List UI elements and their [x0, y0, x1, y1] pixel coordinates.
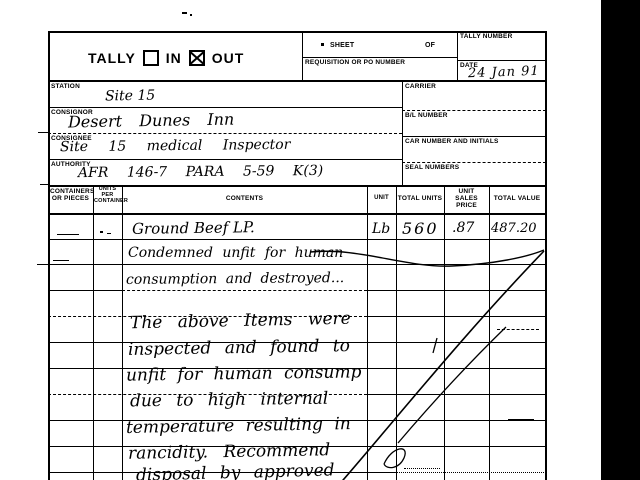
row1-unit: Lb — [372, 221, 390, 237]
row1-unit-sales-price: .87 — [452, 220, 474, 236]
col-header-unit: UNIT — [367, 195, 396, 202]
tick-mark — [497, 329, 539, 330]
tick-mark — [100, 231, 103, 233]
form-line — [48, 31, 50, 480]
tally-in-label: IN — [166, 50, 182, 66]
form-line — [37, 264, 48, 265]
pen-stroke-loop — [384, 449, 405, 468]
remarks-line-5: temperature resulting in — [126, 414, 351, 438]
col-header-unit-sales-price: UNIT SALES PRICE — [447, 188, 486, 209]
form-line — [444, 185, 445, 480]
col-header-units-per-container: UNITS PER CONTAINER — [94, 186, 121, 204]
form-line — [489, 185, 490, 480]
scanned-tally-form: TALLY IN OUT SHEET OF REQUISITION OR PO … — [0, 0, 640, 480]
tally-out-checkbox-checked — [189, 50, 205, 66]
pen-stroke-tick — [433, 338, 437, 353]
form-line — [367, 394, 546, 395]
car-number-label: CAR NUMBER AND INITIALS — [405, 138, 499, 145]
tally-in-checkbox — [143, 50, 159, 66]
station-value: Site 15 — [105, 88, 156, 105]
form-line — [40, 184, 48, 185]
scan-smudge — [321, 43, 324, 46]
note-line-2: consumption and destroyed... — [126, 270, 344, 288]
remarks-line-6: rancidity. Recommend — [128, 440, 331, 464]
form-line — [48, 133, 402, 134]
note-line-1: Condemned unfit for human — [128, 245, 343, 261]
tick-mark — [53, 260, 69, 261]
form-line — [48, 264, 546, 265]
tick-mark — [508, 419, 534, 420]
remarks-line-7: disposal by approved — [136, 460, 335, 480]
form-line — [48, 159, 402, 160]
form-line — [457, 31, 458, 80]
remarks-line-3: unfit for human consump — [126, 362, 362, 385]
tally-out-label: OUT — [212, 50, 245, 66]
tick-mark — [107, 233, 111, 234]
form-line — [396, 185, 397, 480]
form-line — [402, 136, 546, 137]
row1-contents: Ground Beef LP. — [132, 218, 255, 238]
form-line — [48, 290, 122, 291]
tally-title-row: TALLY IN OUT — [88, 46, 288, 70]
row1-total-value: 487.20 — [491, 221, 537, 236]
form-line — [48, 107, 402, 108]
form-line — [367, 316, 546, 317]
date-value: 24 Jan 91 — [468, 64, 540, 81]
seal-numbers-label: SEAL NUMBERS — [405, 164, 459, 171]
scan-smudge — [182, 12, 187, 14]
consignor-value: Desert Dunes Inn — [68, 110, 235, 132]
form-line — [93, 185, 94, 480]
tally-label: TALLY — [88, 50, 136, 66]
form-line — [122, 290, 367, 291]
col-header-containers: CONTAINERS OR PIECES — [50, 188, 91, 202]
remarks-line-1: The above Items were — [130, 309, 351, 334]
authority-value: AFR 146-7 PARA 5-59 K(3) — [78, 163, 323, 181]
form-line — [402, 110, 546, 111]
scan-smudge — [190, 14, 192, 16]
sheet-label: SHEET — [330, 42, 354, 49]
col-header-total-units: TOTAL UNITS — [396, 195, 444, 202]
form-line — [367, 185, 368, 480]
scan-edge-band — [601, 0, 640, 480]
form-line — [367, 290, 546, 291]
of-label: OF — [425, 42, 435, 49]
tick-mark — [57, 234, 79, 235]
bl-number-label: B/L NUMBER — [405, 112, 448, 119]
form-line — [48, 239, 546, 240]
form-line — [38, 132, 48, 133]
form-line — [302, 57, 457, 58]
remarks-line-4: due to high internal — [130, 389, 329, 412]
col-header-total-value: TOTAL VALUE — [489, 195, 545, 202]
form-line — [302, 31, 303, 80]
station-label: STATION — [51, 83, 80, 90]
form-line — [457, 60, 546, 61]
form-line — [402, 162, 546, 163]
col-header-contents: CONTENTS — [122, 195, 367, 202]
tick-mark — [404, 468, 440, 469]
remarks-line-2: inspected and found to — [128, 336, 350, 360]
form-line — [122, 185, 123, 480]
consignee-value: Site 15 medical Inspector — [60, 137, 291, 155]
tally-number-label: TALLY NUMBER — [460, 33, 512, 40]
form-line — [545, 31, 547, 480]
form-line — [396, 472, 546, 473]
form-line — [402, 80, 403, 185]
requisition-label: REQUISITION OR PO NUMBER — [305, 59, 405, 66]
row1-total-units: 560 — [402, 219, 439, 238]
carrier-label: CARRIER — [405, 83, 436, 90]
